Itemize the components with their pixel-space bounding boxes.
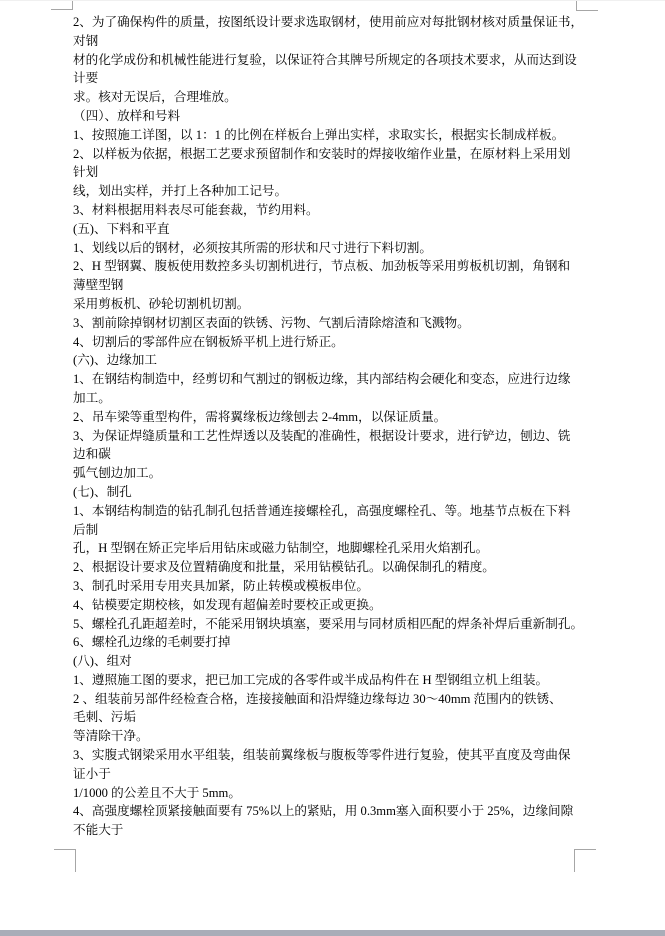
- text-line: 2、H 型钢翼、腹板使用数控多头切割机进行，节点板、加劲板等采用剪板机切割，角钢…: [73, 257, 597, 276]
- text-line: 1、本钢结构制造的钻孔制孔包括普通连接螺栓孔，高强度螺栓孔、等。地基节点板在下料: [73, 502, 597, 521]
- text-line: (五)、下料和平直: [73, 220, 597, 239]
- text-line: 5、螺栓孔孔距超差时，不能采用钢块填塞，要采用与同材质相匹配的焊条补焊后重新制孔…: [73, 615, 597, 634]
- text-line: (七)、制孔: [73, 483, 597, 502]
- text-boundary-mark-top-left: [51, 1, 73, 10]
- text-line: 4、高强度螺栓顶紧接触面要有 75%以上的紧贴，用 0.3mm塞入面积要小于 2…: [73, 802, 597, 821]
- text-line: 对钢: [73, 32, 597, 51]
- text-line: 针划: [73, 163, 597, 182]
- text-line: 3、割前除掉钢材切割区表面的铁锈、污物、气割后清除熔渣和飞溅物。: [73, 314, 597, 333]
- window-bottom-edge: [0, 930, 665, 936]
- document-body[interactable]: 2、为了确保构件的质量，按图纸设计要求选取钢材，使用前应对每批钢材核对质量保证书…: [73, 13, 597, 840]
- text-line: 6、螺栓孔边缘的毛刺要打掉: [73, 633, 597, 652]
- text-line: 采用剪板机、砂轮切割机切割。: [73, 295, 597, 314]
- text-line: 求。核对无误后，合理堆放。: [73, 88, 597, 107]
- text-line: 1、在钢结构制造中，经剪切和气割过的钢板边缘，其内部结构会硬化和变态，应进行边缘: [73, 370, 597, 389]
- text-line: 材的化学成份和机械性能进行复验，以保证符合其牌号所规定的各项技术要求，从而达到设: [73, 51, 597, 70]
- text-line: 毛刺、污垢: [73, 708, 597, 727]
- text-line: (八)、组对: [73, 652, 597, 671]
- text-line: 2、吊车梁等重型构件，需将翼缘板边缘刨去 2-4mm，以保证质量。: [73, 408, 597, 427]
- text-boundary-mark-bottom-left: [54, 849, 76, 872]
- text-line: 不能大于: [73, 821, 597, 840]
- text-line: 1、遵照施工图的要求，把已加工完成的各零件或半成品构件在 H 型钢组立机上组装。: [73, 671, 597, 690]
- text-line: 2、为了确保构件的质量，按图纸设计要求选取钢材，使用前应对每批钢材核对质量保证书…: [73, 13, 597, 32]
- text-line: 证小于: [73, 765, 597, 784]
- text-line: 4、切割后的零部件应在钢板矫平机上进行矫正。: [73, 333, 597, 352]
- text-line: 1/1000 的公差且不大于 5mm。: [73, 784, 597, 803]
- text-line: 3、为保证焊缝质量和工艺性焊透以及装配的准确性，根据设计要求，进行铲边，刨边、铣: [73, 427, 597, 446]
- text-line: 2、以样板为依据，根据工艺要求预留制作和安装时的焊接收缩作业量，在原材料上采用划: [73, 145, 597, 164]
- text-line: 1、划线以后的钢材，必须按其所需的形状和尺寸进行下料切割。: [73, 239, 597, 258]
- text-line: （四）、放样和号料: [73, 107, 597, 126]
- text-line: 3、材料根据用料表尽可能套裁，节约用料。: [73, 201, 597, 220]
- text-line: 孔，H 型钢在矫正完毕后用钻床或磁力钻制空，地脚螺栓孔采用火焰割孔。: [73, 539, 597, 558]
- text-line: 2、根据设计要求及位置精确度和批量，采用钻模钻孔。以确保制孔的精度。: [73, 558, 597, 577]
- text-line: 等清除干净。: [73, 727, 597, 746]
- text-line: 加工。: [73, 389, 597, 408]
- text-line: 后制: [73, 521, 597, 540]
- text-line: 计要: [73, 69, 597, 88]
- text-line: 弧气刨边加工。: [73, 464, 597, 483]
- text-line: 线，划出实样，并打上各种加工记号。: [73, 182, 597, 201]
- text-boundary-mark-top-right: [576, 1, 598, 11]
- text-line: 边和碳: [73, 445, 597, 464]
- text-line: 3、实腹式钢梁采用水平组装，组装前翼缘板与腹板等零件进行复验，使其平直度及弯曲保: [73, 746, 597, 765]
- document-page: 2、为了确保构件的质量，按图纸设计要求选取钢材，使用前应对每批钢材核对质量保证书…: [0, 0, 665, 936]
- text-line: 4、钻模要定期校核，如发现有超偏差时要校正或更换。: [73, 596, 597, 615]
- text-boundary-mark-bottom-right: [574, 849, 596, 872]
- text-line: 3、制孔时采用专用夹具加紧，防止转模或模板串位。: [73, 577, 597, 596]
- text-line: 2 、组装前另部件经检查合格，连接接触面和沿焊缝边缘每边 30～40mm 范围内…: [73, 690, 597, 709]
- text-line: 薄壁型钢: [73, 276, 597, 295]
- text-line: (六)、边缘加工: [73, 351, 597, 370]
- text-line: 1、按照施工详图，以 1：1 的比例在样板台上弹出实样，求取实长，根据实长制成样…: [73, 126, 597, 145]
